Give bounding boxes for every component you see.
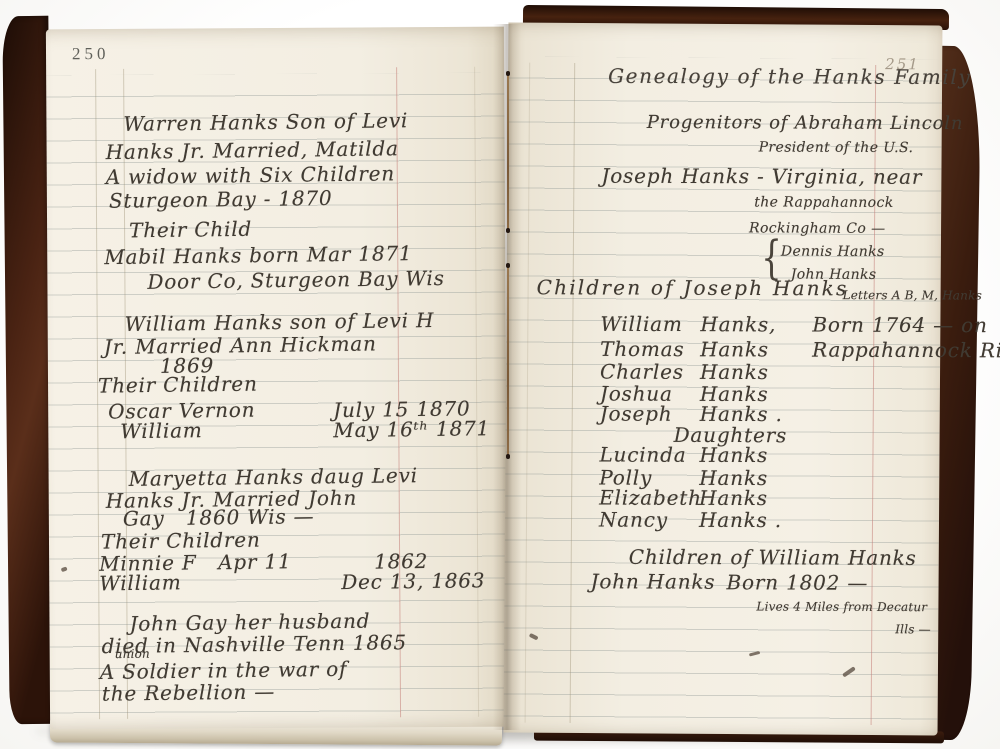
list-item: NancyHanks . [599,508,811,533]
binding-stitch [507,266,509,456]
child-birthdate: May 16ᵗʰ 1871 [333,416,490,442]
child-birthdate: Dec 13, 1863 [341,568,485,594]
first-name: Charles [600,360,700,384]
manuscript-line: Mabil Hanks born Mar 1871 [104,241,412,269]
manuscript-line: Dennis Hanks [781,244,885,260]
manuscript-line: the Rappahannock [754,194,893,210]
manuscript-line: Their Child [129,217,252,243]
page-number: 250 [72,44,110,64]
manuscript-line: Warren Hanks Son of Levi [123,108,408,136]
photo-of-open-genealogy-ledger: 250 Warren Hanks Son of Levi Hanks Jr. M… [0,0,1000,749]
first-name: Thomas [600,337,700,361]
page-right: 251 Genealogy of the Hanks Family Progen… [504,22,943,735]
manuscript-note: Ills — [895,622,931,636]
list-item: CharlesHanks [600,360,812,385]
child-name: William [120,418,203,443]
last-name: Hanks [700,360,812,384]
manuscript-line: Joseph Hanks - Virginia, near [601,164,922,189]
manuscript-line: Their Children [98,372,258,398]
manuscript-line: Sturgeon Bay - 1870 [109,186,333,213]
page-left: 250 Warren Hanks Son of Levi Hanks Jr. M… [46,27,508,730]
section-heading: Children of Joseph Hanks [537,275,849,300]
manuscript-line: the Rebellion — [102,679,275,705]
first-name: William [600,312,700,336]
annotation: Born 1764 — on [812,313,987,338]
list-item: ElizabethHanks [599,486,811,511]
manuscript-note: Lives 4 Miles from Decatur [756,600,927,615]
last-name: Hanks [699,486,811,510]
last-name: Hanks . [699,508,811,532]
annotation: Rappahannock Ri— [812,338,1000,363]
last-name: Hanks [700,337,812,361]
first-name: Elizabeth [599,486,699,510]
manuscript-note: Letters A B, M, Hanks [843,288,982,302]
list-item: LucindaHanks [599,443,811,468]
last-name: Hanks [699,443,811,467]
manuscript-line: A widow with Six Children [106,161,396,189]
first-name: Nancy [599,508,699,532]
manuscript-line: Jr. Married Ann Hickman [104,331,377,359]
child-name: John Hanks [591,569,716,593]
manuscript-line: President of the U.S. [759,140,914,157]
child-birthdate: Born 1802 — [727,570,869,594]
last-name: Hanks, [700,312,812,336]
first-name: Lucinda [599,443,699,467]
page-header-title: Genealogy of the Hanks Family [608,64,971,89]
manuscript-line: Gay 1860 Wis — [123,504,315,531]
manuscript-line: Progenitors of Abraham Lincoln [647,112,964,134]
list-item: WilliamHanks,Born 1764 — on [600,312,987,337]
list-item: ThomasHanksRappahannock Ri— [600,337,1000,362]
child-name: William [99,570,182,595]
section-heading: Children of William Hanks [629,545,917,570]
manuscript-line: Hanks Jr. Married, Matilda [105,136,398,164]
manuscript-line: Door Co, Sturgeon Bay Wis [147,266,445,294]
binding-stitch [507,74,509,230]
